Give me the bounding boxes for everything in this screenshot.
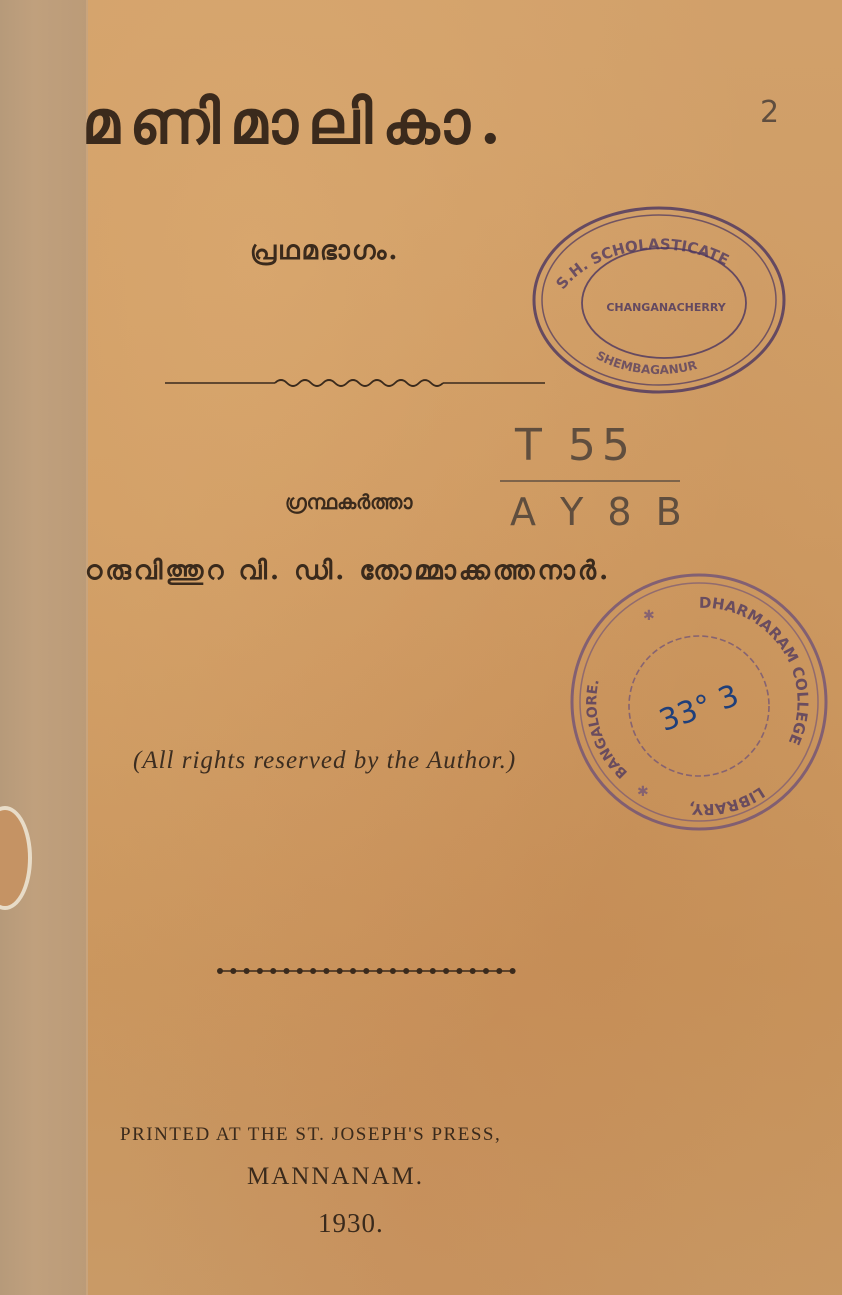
svg-text:LIBRARY,: LIBRARY, (688, 783, 768, 818)
title-page: മണിമാലികാ. പ്രഥമഭാഗം. ഗ്രന്ഥകർത്താ ഠരുവി… (0, 0, 842, 1295)
library-stamp-oval: S.H. SCHOLASTICATE CHANGANACHERRY SHEMBA… (528, 203, 790, 398)
book-title: മണിമാലികാ. (82, 88, 511, 158)
oval-stamp-center-text: CHANGANACHERRY (606, 301, 726, 314)
star-icon: ✱ (643, 608, 655, 624)
round-stamp-bottom-text: LIBRARY, (688, 783, 768, 818)
author-label: ഗ്രന്ഥകർത്താ (285, 490, 412, 514)
handwritten-call-number-top: T 55 (515, 420, 636, 471)
dotted-divider (215, 964, 520, 978)
print-place: MANNANAM. (247, 1163, 424, 1191)
binding-strip (0, 0, 88, 1295)
print-year: 1930. (318, 1208, 384, 1239)
printer-line: PRINTED AT THE ST. JOSEPH'S PRESS, (120, 1124, 501, 1146)
binding-stain (0, 810, 28, 906)
ornamental-divider (165, 373, 545, 391)
handwritten-rule (500, 480, 680, 482)
round-stamp-left-text: BANGALORE. (584, 678, 631, 781)
round-stamp-number: 33° 3 (655, 678, 744, 739)
svg-text:BANGALORE.: BANGALORE. (584, 678, 631, 781)
author-name: ഠരുവിത്തുറ വി. ഡി. തോമ്മാക്കത്തനാർ. (85, 556, 611, 587)
handwritten-call-number-bottom: A Y 8 B (510, 490, 688, 534)
handwritten-corner-mark: 2 (760, 95, 779, 130)
svg-text:SHEMBAGANUR: SHEMBAGANUR (594, 348, 699, 377)
svg-text:S.H. SCHOLASTICATE: S.H. SCHOLASTICATE (552, 235, 732, 293)
rights-notice: (All rights reserved by the Author.) (133, 747, 516, 775)
oval-stamp-outer-text: S.H. SCHOLASTICATE (552, 235, 732, 293)
star-icon: ✱ (637, 784, 649, 800)
volume-label: പ്രഥമഭാഗം. (250, 236, 399, 267)
oval-stamp-bottom-text: SHEMBAGANUR (594, 348, 699, 377)
library-stamp-round: DHARMARAM COLLEGE LIBRARY, BANGALORE. ✱ … (565, 568, 833, 836)
